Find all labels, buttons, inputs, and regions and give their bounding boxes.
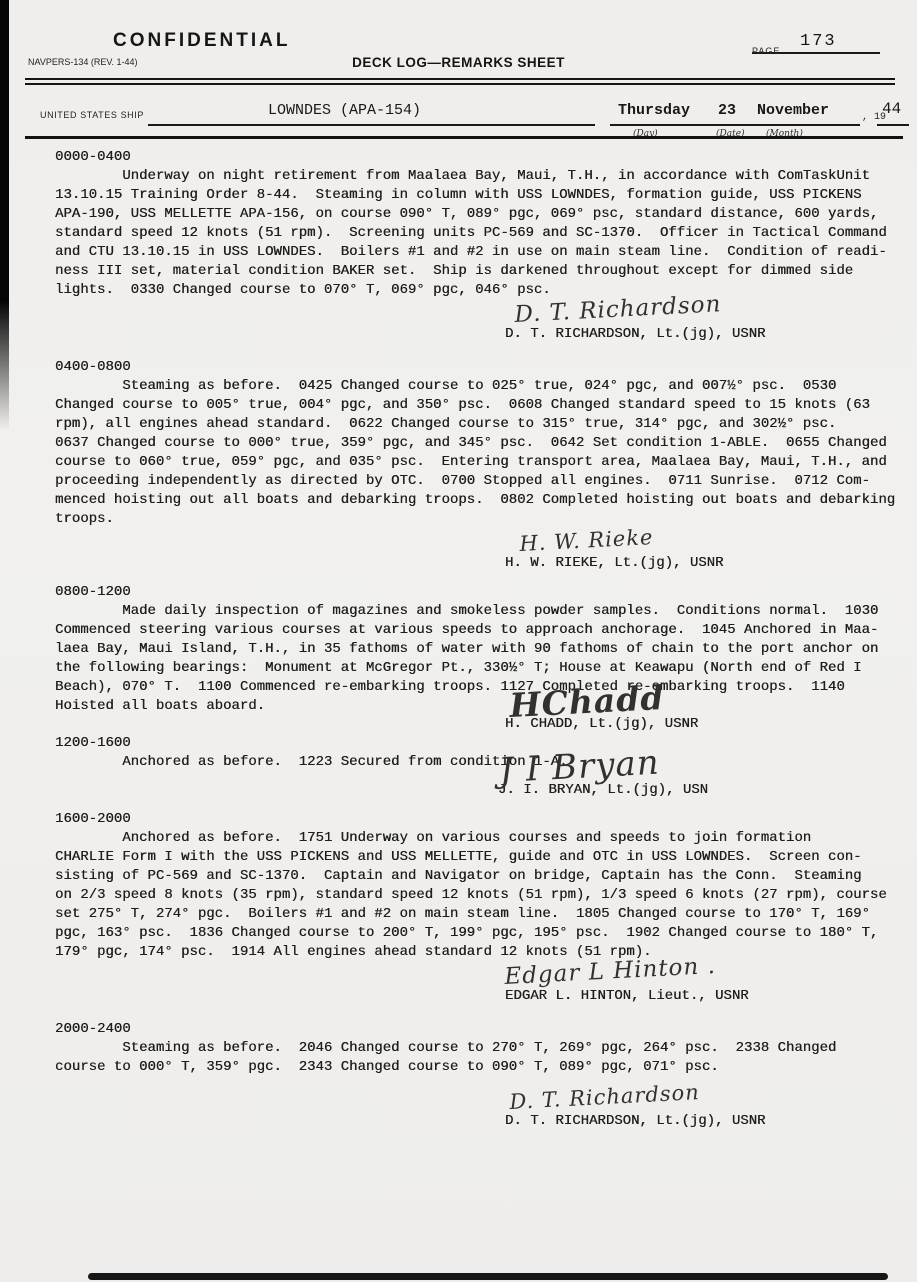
signature-script: HChadd: [509, 681, 790, 715]
date-month: November: [757, 102, 829, 119]
signature-block: D. T. RichardsonD. T. RICHARDSON, Lt.(jg…: [55, 306, 903, 344]
entry-line: 13.10.15 Training Order 8-44. Steaming i…: [55, 186, 903, 205]
entry-line: menced hoisting out all boats and debark…: [55, 491, 903, 510]
signature-typed: D. T. RICHARDSON, Lt.(jg), USNR: [505, 325, 903, 344]
entry-line: and CTU 13.10.15 in USS LOWNDES. Boilers…: [55, 243, 903, 262]
signature-block: D. T. RichardsonD. T. RICHARDSON, Lt.(jg…: [55, 1093, 903, 1131]
entry-time-range: 2000-2400: [55, 1020, 903, 1039]
log-entries: 0000-0400 Underway on night retirement f…: [55, 146, 903, 1131]
date-day: Thursday: [618, 102, 690, 119]
entry-line: laea Bay, Maui Island, T.H., in 35 fatho…: [55, 640, 903, 659]
entry-line: on 2/3 speed 8 knots (35 rpm), standard …: [55, 886, 903, 905]
signature-script: D. T. Richardson: [509, 1078, 790, 1112]
entry-line: APA-190, USS MELLETTE APA-156, on course…: [55, 205, 903, 224]
entry-time-range: 1600-2000: [55, 810, 903, 829]
signature-typed: EDGAR L. HINTON, Lieut., USNR: [505, 987, 903, 1006]
log-entry: 1200-1600 Anchored as before. 1223 Secur…: [55, 734, 903, 800]
entry-line: the following bearings: Monument at McGr…: [55, 659, 903, 678]
year-underline: [877, 124, 909, 126]
entry-line: Commenced steering various courses at va…: [55, 621, 903, 640]
entry-line: course to 060° true, 059° pgc, and 035° …: [55, 453, 903, 472]
entry-text: Steaming as before. 0425 Changed course …: [55, 377, 903, 529]
entry-time-range: 0000-0400: [55, 148, 903, 167]
date-underline: [610, 124, 860, 126]
entry-line: 0637 Changed course to 000° true, 359° p…: [55, 434, 903, 453]
signature-typed: H. W. RIEKE, Lt.(jg), USNR: [505, 554, 903, 573]
entry-line: Steaming as before. 2046 Changed course …: [55, 1039, 903, 1058]
entry-line: sisting of PC-569 and SC-1370. Captain a…: [55, 867, 903, 886]
entry-text: Underway on night retirement from Maalae…: [55, 167, 903, 300]
date-number: 23: [718, 102, 736, 119]
entry-time-range: 0400-0800: [55, 358, 903, 377]
deck-log-page: CONFIDENTIAL PAGE 173 NAVPERS-134 (REV. …: [0, 0, 917, 1282]
signature-script: J I Bryan: [499, 747, 780, 781]
log-entry: 0400-0800 Steaming as before. 0425 Chang…: [55, 358, 903, 573]
entry-line: rpm), all engines ahead standard. 0622 C…: [55, 415, 903, 434]
entry-line: Underway on night retirement from Maalae…: [55, 167, 903, 186]
log-entry: 0800-1200 Made daily inspection of magaz…: [55, 583, 903, 734]
entry-text: Anchored as before. 1751 Underway on var…: [55, 829, 903, 962]
header-double-rule: [25, 78, 895, 85]
entry-line: set 275° T, 274° pgc. Boilers #1 and #2 …: [55, 905, 903, 924]
entry-line: Steaming as before. 0425 Changed course …: [55, 377, 903, 396]
classification-stamp: CONFIDENTIAL: [113, 30, 290, 52]
page-number-group: PAGE 173: [752, 32, 892, 54]
signature-block: H. W. RiekeH. W. RIEKE, Lt.(jg), USNR: [55, 535, 903, 573]
year-value: 44: [882, 100, 901, 118]
scan-bottom-bar: [88, 1273, 888, 1280]
entry-line: Made daily inspection of magazines and s…: [55, 602, 903, 621]
sheet-title: DECK LOG—REMARKS SHEET: [0, 55, 917, 70]
entry-line: proceeding independently as directed by …: [55, 472, 903, 491]
entry-time-range: 0800-1200: [55, 583, 903, 602]
page-number: 173: [800, 32, 860, 51]
header-thick-rule: [25, 136, 903, 139]
ship-label: UNITED STATES SHIP: [40, 110, 144, 120]
signature-typed: D. T. RICHARDSON, Lt.(jg), USNR: [505, 1112, 903, 1131]
log-entry: 2000-2400 Steaming as before. 2046 Chang…: [55, 1020, 903, 1131]
signature-block: Edgar L Hinton .EDGAR L. HINTON, Lieut.,…: [55, 968, 903, 1006]
log-entry: 0000-0400 Underway on night retirement f…: [55, 148, 903, 344]
entry-line: Changed course to 005° true, 004° pgc, a…: [55, 396, 903, 415]
entry-line: standard speed 12 knots (51 rpm). Screen…: [55, 224, 903, 243]
entry-text: Steaming as before. 2046 Changed course …: [55, 1039, 903, 1077]
entry-line: course to 000° T, 359° pgc. 2343 Changed…: [55, 1058, 903, 1077]
ship-name-underline: [148, 124, 595, 126]
entry-line: ness III set, material condition BAKER s…: [55, 262, 903, 281]
ship-name: LOWNDES (APA-154): [268, 102, 421, 119]
entry-line: Anchored as before. 1751 Underway on var…: [55, 829, 903, 848]
log-entry: 1600-2000 Anchored as before. 1751 Under…: [55, 810, 903, 1006]
entry-line: CHARLIE Form I with the USS PICKENS and …: [55, 848, 903, 867]
entry-line: pgc, 163° psc. 1836 Changed course to 20…: [55, 924, 903, 943]
